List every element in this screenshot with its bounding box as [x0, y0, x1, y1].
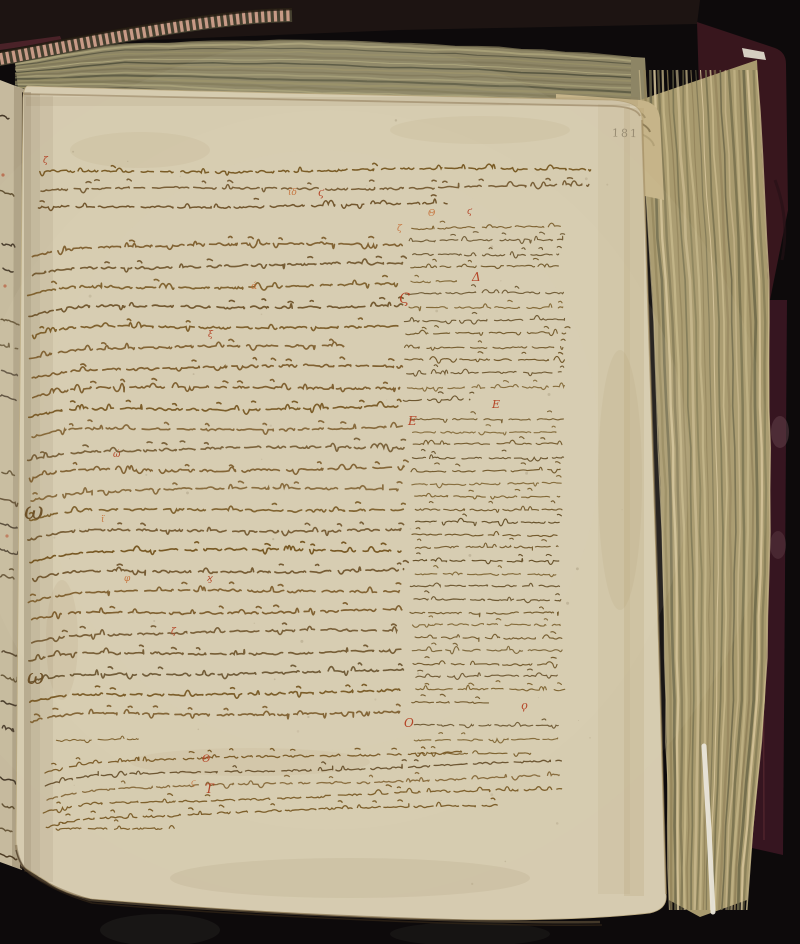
rubric-mark: ϊδ — [288, 188, 297, 198]
cover-clasp-mark — [771, 416, 789, 448]
manuscript-photo: ωω ζϊδϛΘϛζάΔϚξΕΕώϊφϗζϙΟΘϛΤ 181 — [0, 0, 800, 944]
manuscript-scene: ωω ζϊδϛΘϛζάΔϚξΕΕώϊφϗζϙΟΘϛΤ — [0, 0, 800, 944]
rubric-mark: ϗ — [207, 574, 213, 584]
initial-letter: ω — [24, 497, 44, 525]
rubric-mark: Ο — [404, 716, 414, 730]
rubric-mark: ϊ — [101, 515, 105, 525]
rubric-mark: Θ — [202, 754, 210, 765]
rubric-dot — [1, 173, 4, 176]
rubric-mark: Θ — [428, 209, 436, 219]
rubric-mark: Δ — [471, 270, 481, 284]
initial-letter: ω — [27, 665, 44, 689]
rubric-mark: Ε — [407, 414, 417, 428]
rubric-mark: Τ — [205, 782, 215, 797]
rubric-mark: φ — [124, 574, 131, 584]
rubric-mark: Ϛ — [399, 291, 410, 307]
folio-number: 181 — [612, 126, 652, 140]
rubric-mark: ϛ — [191, 778, 196, 787]
rubric-mark: ώ — [113, 449, 121, 460]
rubric-mark: Ε — [491, 398, 500, 411]
cover-clasp-mark — [770, 531, 786, 559]
rubric-mark: ϛ — [318, 186, 325, 199]
rubric-mark: ϙ — [521, 699, 528, 712]
rubric-mark: ά — [251, 281, 257, 292]
